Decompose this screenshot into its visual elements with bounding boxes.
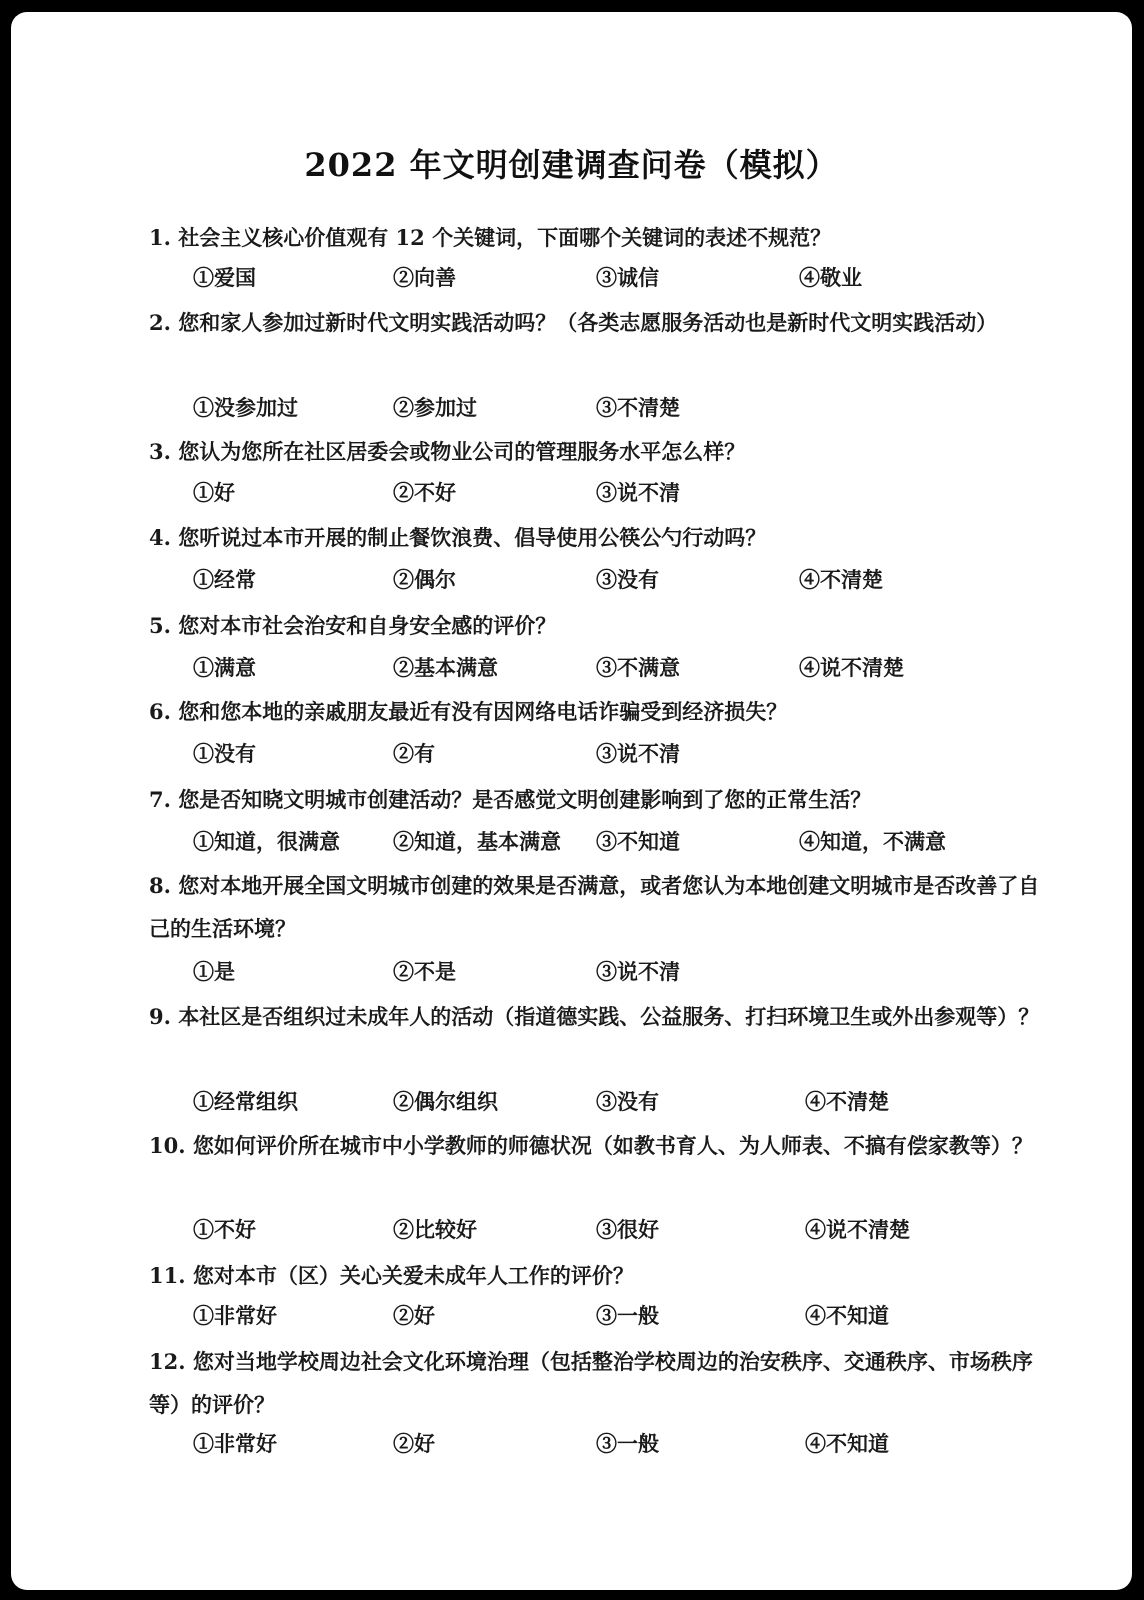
- option[interactable]: ②知道，基本满意: [393, 822, 561, 862]
- option[interactable]: ③不知道: [596, 822, 680, 862]
- option[interactable]: ④不知道: [805, 1296, 889, 1336]
- options-3: ①好 ②不好 ③说不清: [193, 473, 1053, 513]
- option[interactable]: ②有: [393, 734, 435, 774]
- option[interactable]: ②不是: [393, 952, 456, 992]
- options-8: ①是 ②不是 ③说不清: [193, 952, 1053, 992]
- option[interactable]: ①爱国: [193, 258, 256, 298]
- options-9: ①经常组织 ②偶尔组织 ③没有 ④不清楚: [193, 1082, 1053, 1122]
- option[interactable]: ③很好: [596, 1210, 659, 1250]
- option[interactable]: ④敬业: [799, 258, 862, 298]
- question-5: 5. 您对本市社会治安和自身安全感的评价？: [149, 604, 1049, 647]
- question-9: 9. 本社区是否组织过未成年人的活动（指道德实践、公益服务、打扫环境卫生或外出参…: [149, 995, 1049, 1038]
- options-10: ①不好 ②比较好 ③很好 ④说不清楚: [193, 1210, 1053, 1250]
- options-1: ①爱国 ②向善 ③诚信 ④敬业: [193, 258, 1053, 298]
- option[interactable]: ②好: [393, 1296, 435, 1336]
- option[interactable]: ①没有: [193, 734, 256, 774]
- options-2: ①没参加过 ②参加过 ③不清楚: [193, 388, 1053, 428]
- options-6: ①没有 ②有 ③说不清: [193, 734, 1053, 774]
- question-6: 6. 您和您本地的亲戚朋友最近有没有因网络电话诈骗受到经济损失？: [149, 690, 1049, 733]
- question-4: 4. 您听说过本市开展的制止餐饮浪费、倡导使用公筷公勺行动吗？: [149, 516, 1049, 559]
- option[interactable]: ②比较好: [393, 1210, 477, 1250]
- option[interactable]: ②偶尔组织: [393, 1082, 498, 1122]
- question-1: 1. 社会主义核心价值观有 12 个关键词，下面哪个关键词的表述不规范？: [149, 216, 1049, 259]
- option[interactable]: ①不好: [193, 1210, 256, 1250]
- option[interactable]: ①知道，很满意: [193, 822, 340, 862]
- option[interactable]: ③说不清: [596, 473, 680, 513]
- question-11: 11. 您对本市（区）关心关爱未成年人工作的评价？: [149, 1254, 1049, 1297]
- option[interactable]: ①非常好: [193, 1296, 277, 1336]
- option[interactable]: ②参加过: [393, 388, 477, 428]
- option[interactable]: ③不清楚: [596, 388, 680, 428]
- option[interactable]: ③不满意: [596, 648, 680, 688]
- options-11: ①非常好 ②好 ③一般 ④不知道: [193, 1296, 1053, 1336]
- question-7: 7. 您是否知晓文明城市创建活动？是否感觉文明创建影响到了您的正常生活？: [149, 778, 1049, 821]
- option[interactable]: ④不清楚: [805, 1082, 889, 1122]
- option[interactable]: ③一般: [596, 1296, 659, 1336]
- option[interactable]: ②向善: [393, 258, 456, 298]
- page-title: 2022 年文明创建调查问卷（模拟）: [11, 140, 1132, 186]
- options-7: ①知道，很满意 ②知道，基本满意 ③不知道 ④知道，不满意: [193, 822, 1053, 862]
- option[interactable]: ③说不清: [596, 734, 680, 774]
- options-5: ①满意 ②基本满意 ③不满意 ④说不清楚: [193, 648, 1053, 688]
- option[interactable]: ②好: [393, 1424, 435, 1464]
- option[interactable]: ④说不清楚: [805, 1210, 910, 1250]
- option[interactable]: ①经常组织: [193, 1082, 298, 1122]
- option[interactable]: ①满意: [193, 648, 256, 688]
- option[interactable]: ②偶尔: [393, 560, 456, 600]
- option[interactable]: ①没参加过: [193, 388, 298, 428]
- option[interactable]: ④不知道: [805, 1424, 889, 1464]
- document-page: 2022 年文明创建调查问卷（模拟） 1. 社会主义核心价值观有 12 个关键词…: [11, 12, 1132, 1590]
- option[interactable]: ①好: [193, 473, 235, 513]
- option[interactable]: ④说不清楚: [799, 648, 904, 688]
- option[interactable]: ③说不清: [596, 952, 680, 992]
- option[interactable]: ②基本满意: [393, 648, 498, 688]
- option[interactable]: ③没有: [596, 560, 659, 600]
- option[interactable]: ③没有: [596, 1082, 659, 1122]
- option[interactable]: ④知道，不满意: [799, 822, 946, 862]
- option[interactable]: ①经常: [193, 560, 256, 600]
- question-3: 3. 您认为您所在社区居委会或物业公司的管理服务水平怎么样？: [149, 430, 1049, 473]
- question-8: 8. 您对本地开展全国文明城市创建的效果是否满意，或者您认为本地创建文明城市是否…: [149, 864, 1049, 950]
- option[interactable]: ③诚信: [596, 258, 659, 298]
- option[interactable]: ①非常好: [193, 1424, 277, 1464]
- option[interactable]: ③一般: [596, 1424, 659, 1464]
- options-4: ①经常 ②偶尔 ③没有 ④不清楚: [193, 560, 1053, 600]
- question-10: 10. 您如何评价所在城市中小学教师的师德状况（如教书育人、为人师表、不搞有偿家…: [149, 1124, 1049, 1167]
- question-2: 2. 您和家人参加过新时代文明实践活动吗？（各类志愿服务活动也是新时代文明实践活…: [149, 301, 1049, 344]
- option[interactable]: ①是: [193, 952, 235, 992]
- option[interactable]: ④不清楚: [799, 560, 883, 600]
- options-12: ①非常好 ②好 ③一般 ④不知道: [193, 1424, 1053, 1464]
- question-12: 12. 您对当地学校周边社会文化环境治理（包括整治学校周边的治安秩序、交通秩序、…: [149, 1340, 1049, 1426]
- option[interactable]: ②不好: [393, 473, 456, 513]
